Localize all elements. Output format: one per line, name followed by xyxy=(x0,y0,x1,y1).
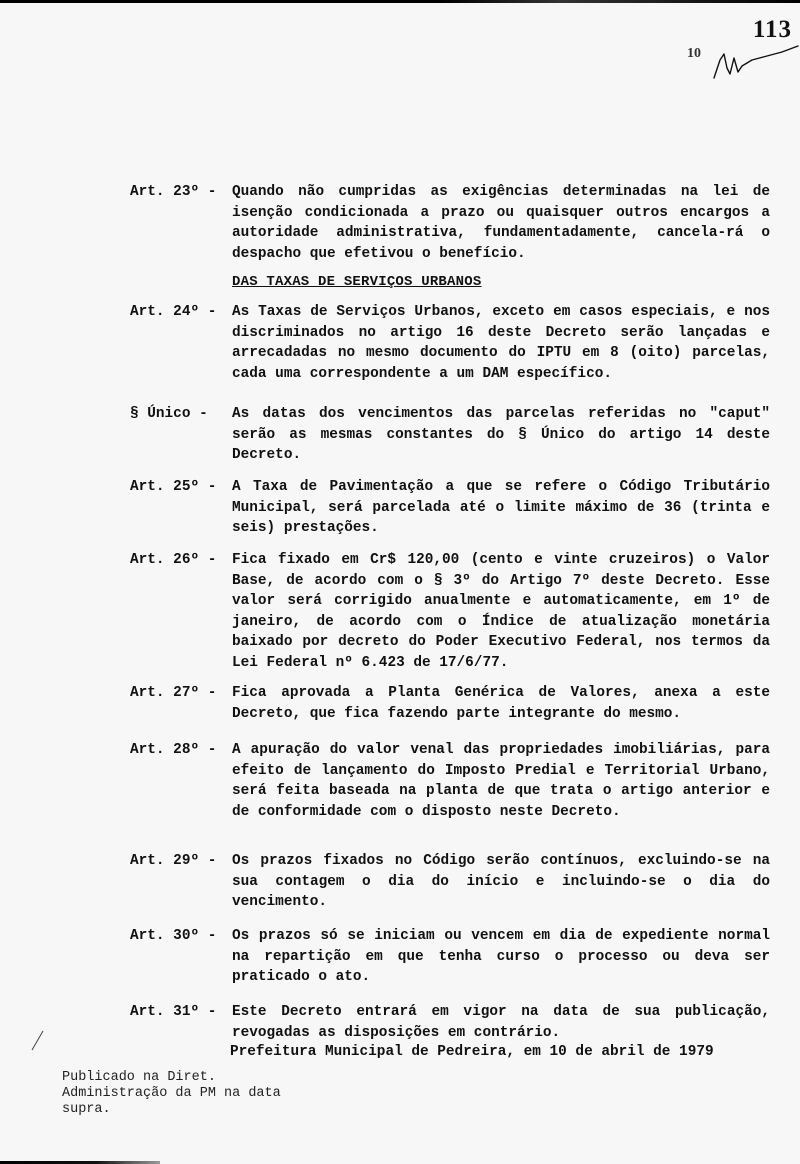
publication-note: Publicado na Diret. Administração da PM … xyxy=(62,1070,292,1118)
article-31: Art. 31º - Este Decreto entrará em vigor… xyxy=(130,1002,770,1043)
article-text: Fica aprovada a Planta Genérica de Valor… xyxy=(232,683,770,724)
article-text: Fica fixado em Cr$ 120,00 (cento e vinte… xyxy=(232,550,770,673)
article-30: Art. 30º - Os prazos só se iniciam ou ve… xyxy=(130,926,770,988)
article-label: Art. 24º - xyxy=(130,302,216,323)
article-text: Quando não cumpridas as exigências deter… xyxy=(232,182,770,264)
article-text: As Taxas de Serviços Urbanos, exceto em … xyxy=(232,302,770,384)
article-27: Art. 27º - Fica aprovada a Planta Genéri… xyxy=(130,683,770,724)
article-text: As datas dos vencimentos das parcelas re… xyxy=(232,404,770,466)
article-text: Os prazos só se iniciam ou vencem em dia… xyxy=(232,926,770,988)
article-28: Art. 28º - A apuração do valor venal das… xyxy=(130,740,770,822)
article-label: Art. 31º - xyxy=(130,1002,216,1023)
closing-place-date: Prefeitura Municipal de Pedreira, em 10 … xyxy=(230,1044,714,1060)
scan-edge-top xyxy=(0,0,800,3)
paragraph-unico: § Único - As datas dos vencimentos das p… xyxy=(130,404,770,466)
article-label: Art. 27º - xyxy=(130,683,216,704)
article-text: A apuração do valor venal das propriedad… xyxy=(232,740,770,822)
article-25: Art. 25º - A Taxa de Pavimentação a que … xyxy=(130,477,770,539)
article-29: Art. 29º - Os prazos fixados no Código s… xyxy=(130,851,770,913)
article-26: Art. 26º - Fica fixado em Cr$ 120,00 (ce… xyxy=(130,550,770,673)
sheet-number: 10 xyxy=(687,46,701,62)
article-label: Art. 29º - xyxy=(130,851,216,872)
article-label: Art. 28º - xyxy=(130,740,216,761)
margin-pen-mark xyxy=(30,1030,44,1052)
article-label: Art. 30º - xyxy=(130,926,216,947)
page-number: 113 xyxy=(753,16,792,44)
article-23: Art. 23º - Quando não cumpridas as exigê… xyxy=(130,182,770,264)
article-label: Art. 25º - xyxy=(130,477,216,498)
article-text: Este Decreto entrará em vigor na data de… xyxy=(232,1002,770,1043)
section-heading: DAS TAXAS DE SERVIÇOS URBANOS xyxy=(232,274,481,290)
article-text: Os prazos fixados no Código serão contín… xyxy=(232,851,770,913)
article-text: A Taxa de Pavimentação a que se refere o… xyxy=(232,477,770,539)
signature-initials xyxy=(712,38,800,80)
article-24: Art. 24º - As Taxas de Serviços Urbanos,… xyxy=(130,302,770,384)
article-label: Art. 23º - xyxy=(130,182,216,203)
article-label: § Único - xyxy=(130,404,208,425)
article-label: Art. 26º - xyxy=(130,550,216,571)
